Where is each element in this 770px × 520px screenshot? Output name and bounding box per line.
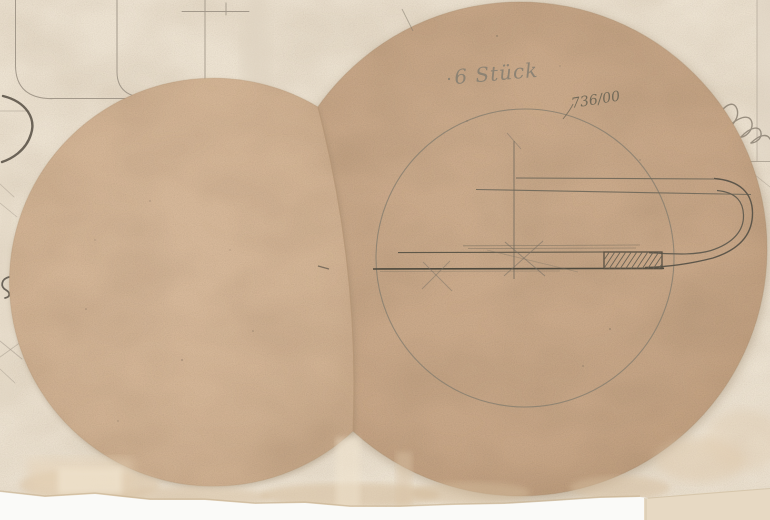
handwriting-dot bbox=[448, 78, 450, 80]
drawing-canvas: 6 Stück 736/00 bbox=[0, 0, 770, 520]
worn-patch bbox=[58, 468, 122, 494]
slab-top-line bbox=[398, 252, 605, 253]
stain-streak bbox=[396, 452, 412, 508]
worn-streak bbox=[336, 438, 360, 508]
scanned-drawing-sheet: 6 Stück 736/00 bbox=[0, 0, 770, 520]
slab-bottom-echo bbox=[380, 271, 560, 272]
stain bbox=[410, 482, 530, 504]
